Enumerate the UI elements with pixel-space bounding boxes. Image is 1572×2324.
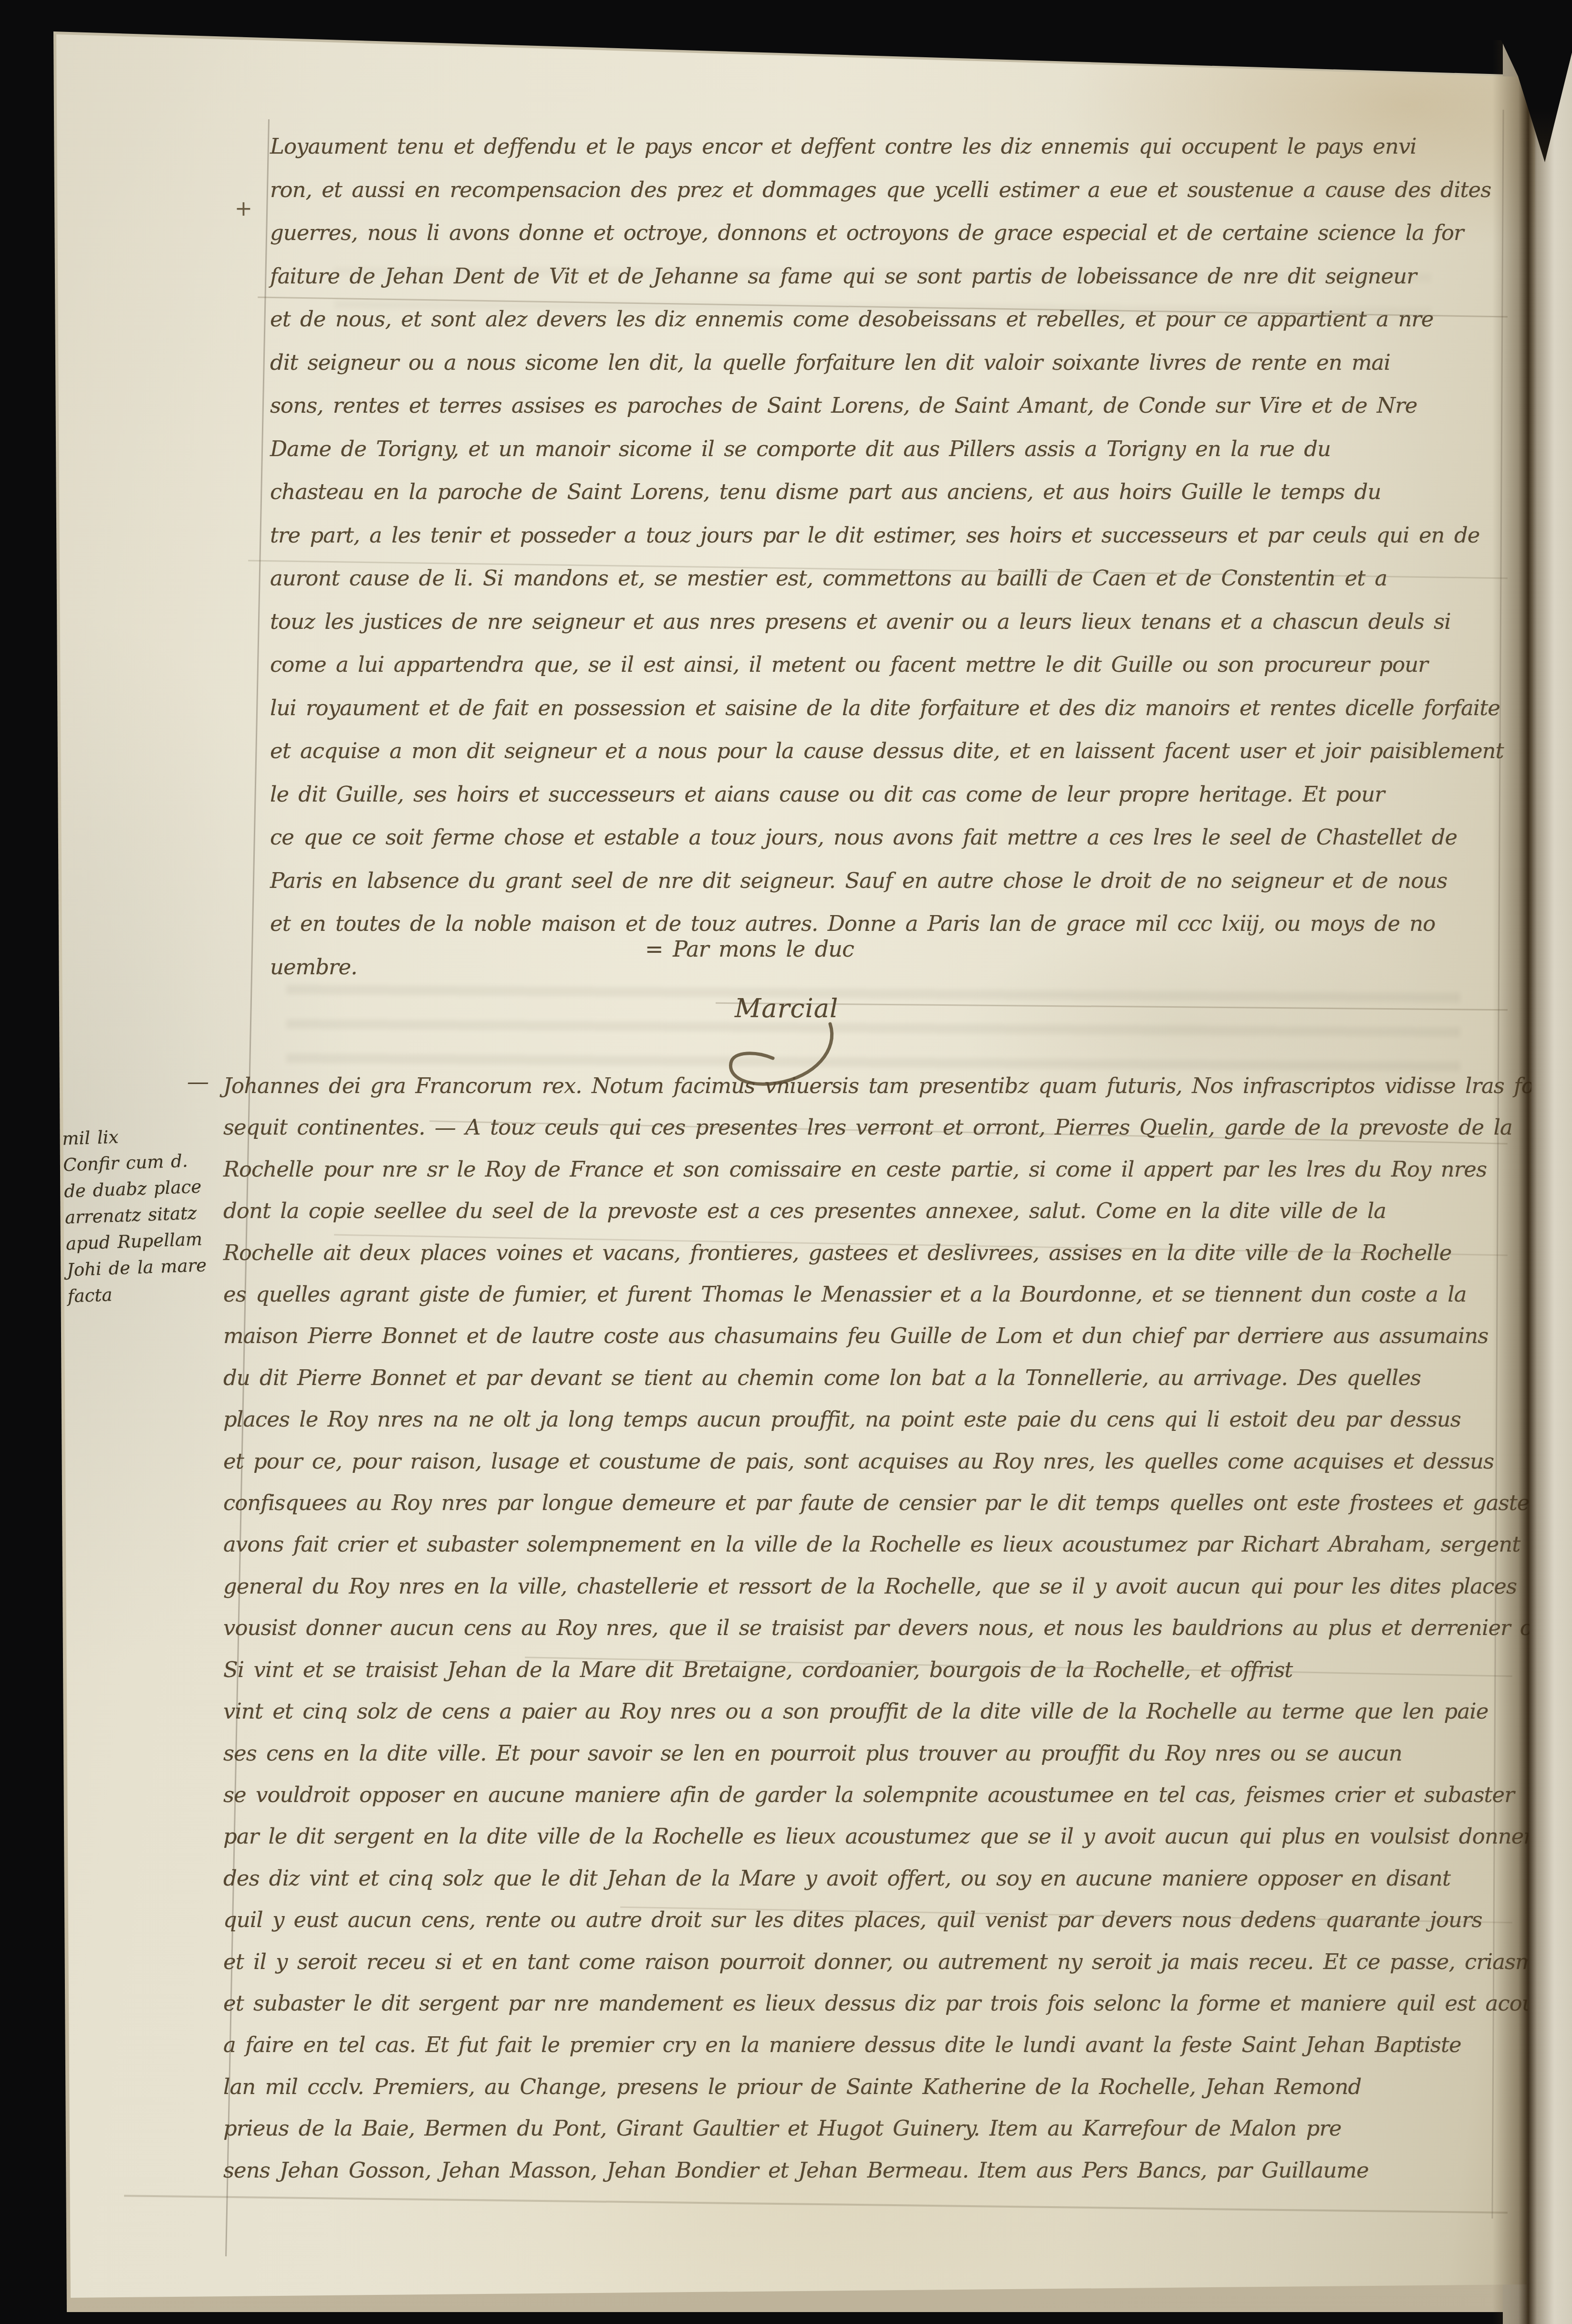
text-line: et subaster le dit sergent par nre mande… [223, 1982, 1511, 2024]
text-line: vint et cinq solz de cens a paier au Roy… [223, 1690, 1511, 1732]
text-line: places le Roy nres na ne olt ja long tem… [223, 1398, 1511, 1440]
text-line: auront cause de li. Si mandons et, se me… [270, 557, 1510, 600]
signature-marcial: Marcial [735, 993, 838, 1023]
text-line: quil y eust aucun cens, rente ou autre d… [223, 1899, 1511, 1940]
text-line: Si vint et se traisist Jehan de la Mare … [223, 1649, 1511, 1690]
fold-crease-line [124, 2195, 1508, 2213]
text-line: general du Roy nres en la ville, chastel… [223, 1565, 1511, 1607]
text-line: es quelles agrant giste de fumier, et fu… [223, 1273, 1511, 1315]
text-line: par le dit sergent en la dite ville de l… [223, 1815, 1511, 1857]
authorization-par-mons-le-duc: = Par mons le duc [645, 936, 854, 962]
text-line: touz les justices de nre seigneur et aus… [270, 600, 1510, 644]
text-line: des diz vint et cinq solz que le dit Jeh… [223, 1857, 1511, 1899]
text-line: ron, et aussi en recompensacion des prez… [270, 168, 1510, 212]
text-line: ce que ce soit ferme chose et estable a … [270, 816, 1510, 859]
text-line: vousist donner aucun cens au Roy nres, q… [223, 1607, 1511, 1648]
text-line: dont la copie seellee du seel de la prev… [223, 1190, 1511, 1231]
text-line: et acquise a mon dit seigneur et a nous … [270, 730, 1510, 773]
manuscript-page: + Loyaument tenu et deffendu et le pays … [0, 0, 1572, 2324]
charter1-text-block: Loyaument tenu et deffendu et le pays en… [270, 125, 1510, 989]
text-line: Loyaument tenu et deffendu et le pays en… [270, 125, 1510, 168]
text-line: et pour ce, pour raison, lusage et coust… [223, 1440, 1511, 1482]
text-line: Johannes dei gra Francorum rex. Notum fa… [223, 1065, 1511, 1106]
charter2-text-block: Johannes dei gra Francorum rex. Notum fa… [223, 1065, 1511, 2191]
text-line: sens Jehan Gosson, Jehan Masson, Jehan B… [223, 2149, 1511, 2191]
text-line: avons fait crier et subaster solempnemen… [223, 1523, 1511, 1565]
text-line: le dit Guille, ses hoirs et successeurs … [270, 773, 1510, 816]
text-line: tre part, a les tenir et posseder a touz… [270, 514, 1510, 557]
manuscript-photo: + Loyaument tenu et deffendu et le pays … [0, 0, 1572, 2324]
text-line: uembre. [270, 946, 1510, 989]
text-line: prieus de la Baie, Bermen du Pont, Giran… [223, 2107, 1511, 2149]
text-line: lui royaument et de fait en possession e… [270, 687, 1510, 730]
paragraph-dash-mark: — [187, 1069, 208, 1094]
book-gutter-shadow [1492, 40, 1554, 2324]
text-line: a faire en tel cas. Et fut fait le premi… [223, 2024, 1511, 2065]
text-line: se vouldroit opposer en aucune maniere a… [223, 1774, 1511, 1815]
text-line: du dit Pierre Bonnet et par devant se ti… [223, 1357, 1511, 1398]
text-line: Paris en labsence du grant seel de nre d… [270, 859, 1510, 903]
text-line: Dame de Torigny, et un manoir sicome il … [270, 427, 1510, 471]
text-line: maison Pierre Bonnet et de lautre coste … [223, 1315, 1511, 1356]
text-line: confisquees au Roy nres par longue demeu… [223, 1482, 1511, 1523]
text-line: faiture de Jehan Dent de Vit et de Jehan… [270, 255, 1510, 298]
text-line: et en toutes de la noble maison et de to… [270, 902, 1510, 946]
margin-annotation: mil lixConfir cum d.de duabz placearrena… [62, 1119, 273, 1310]
text-line: ses cens en la dite ville. Et pour savoi… [223, 1732, 1511, 1774]
text-line: sequit continentes. — A touz ceuls qui c… [223, 1106, 1511, 1148]
text-line: guerres, nous li avons donne et octroye,… [270, 211, 1510, 255]
text-line: Rochelle ait deux places voines et vacan… [223, 1232, 1511, 1273]
text-line: lan mil ccclv. Premiers, au Change, pres… [223, 2066, 1511, 2107]
text-line: et il y seroit receu si et en tant come … [223, 1941, 1511, 1982]
text-line: come a lui appartendra que, se il est ai… [270, 643, 1510, 687]
text-line: et de nous, et sont alez devers les diz … [270, 298, 1510, 341]
text-line: sons, rentes et terres assises es paroch… [270, 384, 1510, 427]
text-line: Rochelle pour nre sr le Roy de France et… [223, 1148, 1511, 1190]
text-line: chasteau en la paroche de Saint Lorens, … [270, 470, 1510, 514]
margin-cross-mark: + [235, 197, 252, 221]
text-line: dit seigneur ou a nous sicome len dit, l… [270, 341, 1510, 385]
